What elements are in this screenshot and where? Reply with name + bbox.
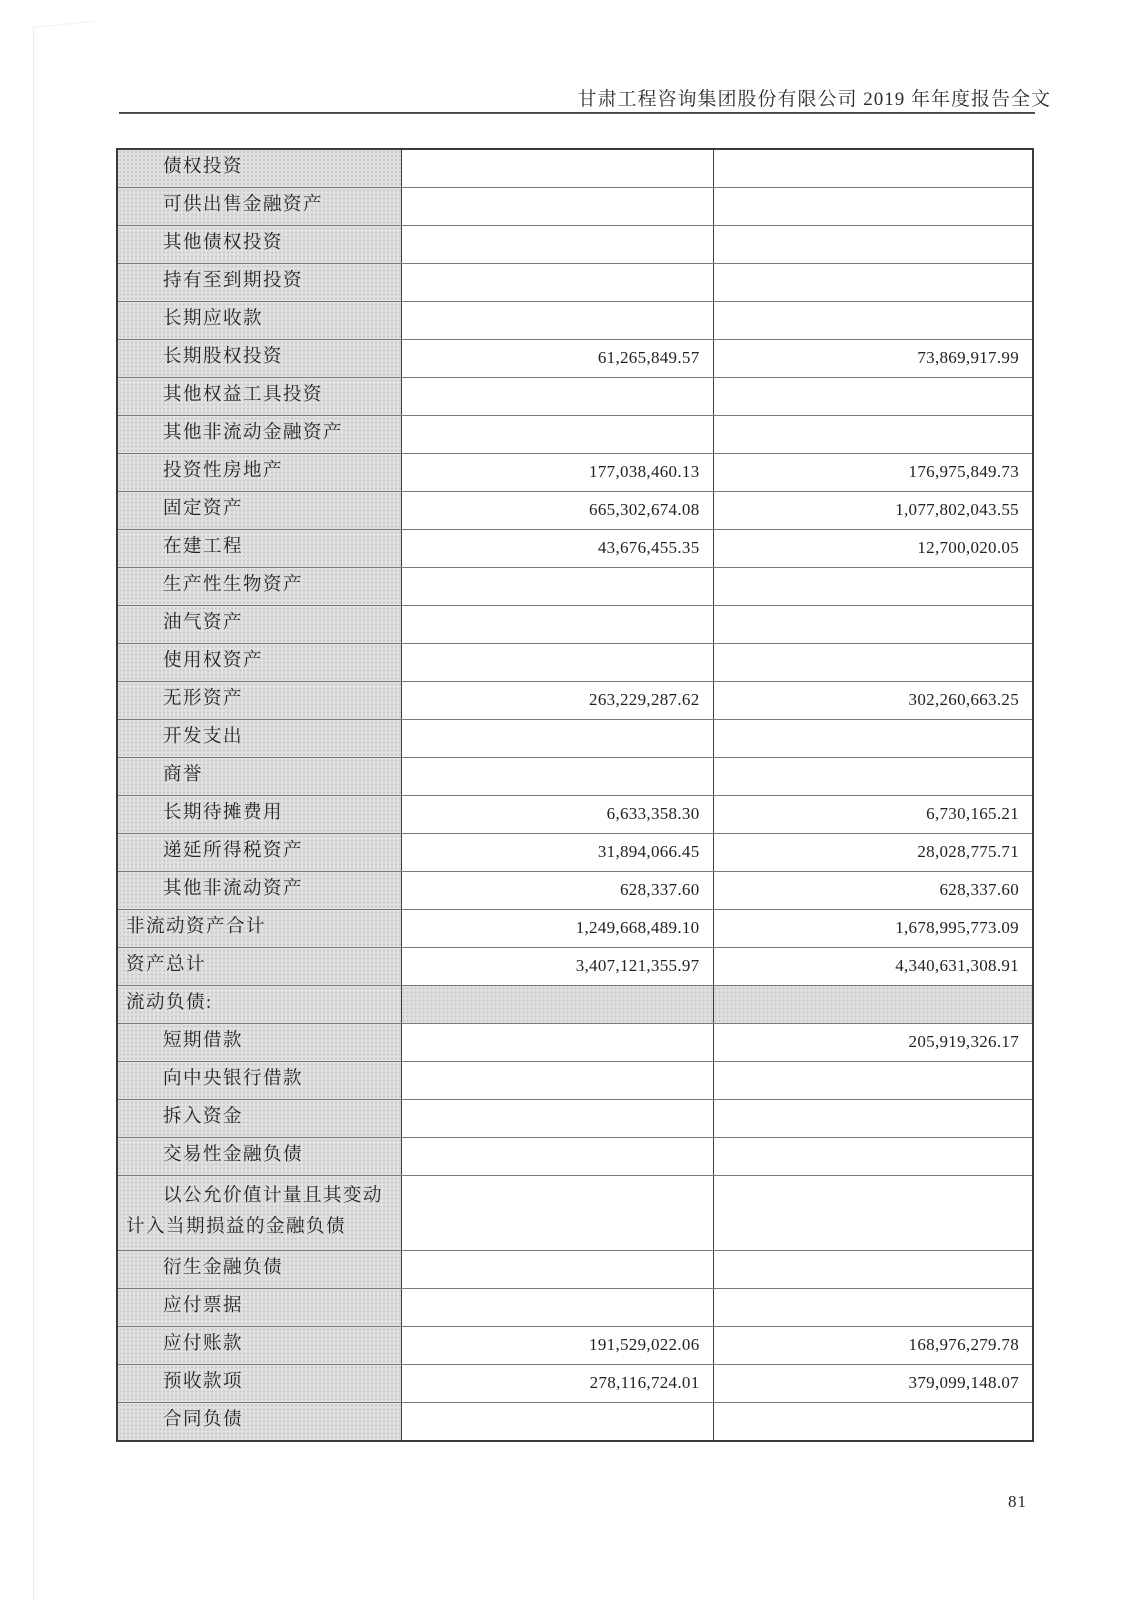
- row-value-current: [401, 188, 713, 226]
- row-value-prior: [713, 568, 1033, 606]
- row-value-current: 3,407,121,355.97: [401, 948, 713, 986]
- row-label: 长期股权投资: [117, 340, 401, 378]
- row-value-current: [401, 606, 713, 644]
- row-value-current: [401, 1403, 713, 1442]
- row-label: 长期待摊费用: [117, 796, 401, 834]
- row-value-prior: 12,700,020.05: [713, 530, 1033, 568]
- row-label: 其他债权投资: [117, 226, 401, 264]
- row-value-current: [401, 644, 713, 682]
- row-label: 其他权益工具投资: [117, 378, 401, 416]
- row-label: 应付票据: [117, 1289, 401, 1327]
- row-value-current: [401, 1138, 713, 1176]
- row-label: 应付账款: [117, 1327, 401, 1365]
- row-label: 流动负债:: [117, 986, 401, 1024]
- row-value-current: 177,038,460.13: [401, 454, 713, 492]
- row-value-prior: [713, 1403, 1033, 1442]
- row-label: 衍生金融负债: [117, 1251, 401, 1289]
- scan-page-edge: [33, 28, 34, 1600]
- table-row: 无形资产 263,229,287.62 302,260,663.25: [117, 682, 1033, 720]
- row-label: 非流动资产合计: [117, 910, 401, 948]
- table-row: 长期待摊费用 6,633,358.30 6,730,165.21: [117, 796, 1033, 834]
- row-value-current: [401, 1289, 713, 1327]
- row-value-current: 665,302,674.08: [401, 492, 713, 530]
- table-row: 使用权资产: [117, 644, 1033, 682]
- table-row: 持有至到期投资: [117, 264, 1033, 302]
- row-label: 长期应收款: [117, 302, 401, 340]
- row-value-prior: [713, 416, 1033, 454]
- row-value-prior: [713, 606, 1033, 644]
- row-value-prior: [713, 1251, 1033, 1289]
- row-value-prior: 168,976,279.78: [713, 1327, 1033, 1365]
- row-value-prior: [713, 1289, 1033, 1327]
- row-label: 其他非流动资产: [117, 872, 401, 910]
- row-value-prior: 205,919,326.17: [713, 1024, 1033, 1062]
- row-value-prior: 302,260,663.25: [713, 682, 1033, 720]
- row-value-current: [401, 1024, 713, 1062]
- row-label: 油气资产: [117, 606, 401, 644]
- row-value-prior: 176,975,849.73: [713, 454, 1033, 492]
- table-row: 应付票据: [117, 1289, 1033, 1327]
- row-value-current: [401, 302, 713, 340]
- row-value-current: [401, 1100, 713, 1138]
- row-label: 资产总计: [117, 948, 401, 986]
- row-label: 其他非流动金融资产: [117, 416, 401, 454]
- row-label: 以公允价值计量且其变动计入当期损益的金融负债: [117, 1176, 401, 1251]
- row-value-current: [401, 264, 713, 302]
- row-value-prior: [713, 758, 1033, 796]
- row-label: 拆入资金: [117, 1100, 401, 1138]
- table-row: 应付账款 191,529,022.06 168,976,279.78: [117, 1327, 1033, 1365]
- table-row: 长期应收款: [117, 302, 1033, 340]
- row-value-prior: [713, 1100, 1033, 1138]
- row-value-prior: 1,678,995,773.09: [713, 910, 1033, 948]
- row-value-prior: [713, 378, 1033, 416]
- row-label: 预收款项: [117, 1365, 401, 1403]
- row-value-prior: [713, 1176, 1033, 1251]
- row-value-current: [401, 226, 713, 264]
- row-label: 交易性金融负债: [117, 1138, 401, 1176]
- report-header-title: 甘肃工程咨询集团股份有限公司 2019 年年度报告全文: [577, 84, 1051, 111]
- row-value-prior: 628,337.60: [713, 872, 1033, 910]
- row-value-current: 278,116,724.01: [401, 1365, 713, 1403]
- table-row: 油气资产: [117, 606, 1033, 644]
- table-row: 流动负债:: [117, 986, 1033, 1024]
- row-value-prior: 4,340,631,308.91: [713, 948, 1033, 986]
- row-label: 合同负债: [117, 1403, 401, 1442]
- header-divider: [119, 112, 1035, 114]
- row-value-prior: 73,869,917.99: [713, 340, 1033, 378]
- table-row: 生产性生物资产: [117, 568, 1033, 606]
- row-value-prior: [713, 720, 1033, 758]
- row-label: 商誉: [117, 758, 401, 796]
- row-value-current: [401, 378, 713, 416]
- row-value-prior: [713, 188, 1033, 226]
- table-row: 合同负债: [117, 1403, 1033, 1442]
- row-label: 固定资产: [117, 492, 401, 530]
- row-label: 生产性生物资产: [117, 568, 401, 606]
- row-value-prior: [713, 149, 1033, 188]
- table-row: 交易性金融负债: [117, 1138, 1033, 1176]
- row-value-current: 628,337.60: [401, 872, 713, 910]
- row-value-current: [401, 1176, 713, 1251]
- table-row: 其他债权投资: [117, 226, 1033, 264]
- table-row: 长期股权投资 61,265,849.57 73,869,917.99: [117, 340, 1033, 378]
- row-label: 短期借款: [117, 1024, 401, 1062]
- row-value-current: 6,633,358.30: [401, 796, 713, 834]
- table-row: 在建工程 43,676,455.35 12,700,020.05: [117, 530, 1033, 568]
- row-value-current: 263,229,287.62: [401, 682, 713, 720]
- table-row: 递延所得税资产 31,894,066.45 28,028,775.71: [117, 834, 1033, 872]
- row-label: 投资性房地产: [117, 454, 401, 492]
- row-value-current: 191,529,022.06: [401, 1327, 713, 1365]
- row-label: 可供出售金融资产: [117, 188, 401, 226]
- table-row: 短期借款 205,919,326.17: [117, 1024, 1033, 1062]
- row-value-prior: [713, 1062, 1033, 1100]
- table-row: 投资性房地产 177,038,460.13 176,975,849.73: [117, 454, 1033, 492]
- row-value-prior: 379,099,148.07: [713, 1365, 1033, 1403]
- table-row: 以公允价值计量且其变动计入当期损益的金融负债: [117, 1176, 1033, 1251]
- row-value-current: [401, 986, 713, 1024]
- table-row: 向中央银行借款: [117, 1062, 1033, 1100]
- row-value-prior: [713, 302, 1033, 340]
- row-value-current: 31,894,066.45: [401, 834, 713, 872]
- table-row: 资产总计 3,407,121,355.97 4,340,631,308.91: [117, 948, 1033, 986]
- row-value-current: [401, 149, 713, 188]
- row-value-current: [401, 720, 713, 758]
- table-row: 商誉: [117, 758, 1033, 796]
- row-value-current: [401, 758, 713, 796]
- row-value-prior: 28,028,775.71: [713, 834, 1033, 872]
- row-value-prior: 1,077,802,043.55: [713, 492, 1033, 530]
- row-value-prior: [713, 644, 1033, 682]
- row-value-prior: [713, 264, 1033, 302]
- row-value-prior: [713, 226, 1033, 264]
- table-row: 其他非流动资产 628,337.60 628,337.60: [117, 872, 1033, 910]
- row-value-prior: 6,730,165.21: [713, 796, 1033, 834]
- table-row: 固定资产 665,302,674.08 1,077,802,043.55: [117, 492, 1033, 530]
- row-value-current: [401, 568, 713, 606]
- table-row: 债权投资: [117, 149, 1033, 188]
- row-label: 债权投资: [117, 149, 401, 188]
- row-value-prior: [713, 986, 1033, 1024]
- row-label: 在建工程: [117, 530, 401, 568]
- table-row: 可供出售金融资产: [117, 188, 1033, 226]
- row-value-current: [401, 416, 713, 454]
- scan-page-edge-top: [34, 21, 94, 28]
- row-value-current: 43,676,455.35: [401, 530, 713, 568]
- table-row: 拆入资金: [117, 1100, 1033, 1138]
- table-row: 衍生金融负债: [117, 1251, 1033, 1289]
- table-row: 非流动资产合计 1,249,668,489.10 1,678,995,773.0…: [117, 910, 1033, 948]
- table-row: 其他权益工具投资: [117, 378, 1033, 416]
- row-label: 使用权资产: [117, 644, 401, 682]
- row-label: 持有至到期投资: [117, 264, 401, 302]
- row-value-current: 1,249,668,489.10: [401, 910, 713, 948]
- table-row: 预收款项 278,116,724.01 379,099,148.07: [117, 1365, 1033, 1403]
- row-value-current: [401, 1062, 713, 1100]
- row-label: 开发支出: [117, 720, 401, 758]
- table-row: 其他非流动金融资产: [117, 416, 1033, 454]
- balance-sheet-table: 债权投资 可供出售金融资产 其他债权投资 持有至到期投资 长期应收款 长期股权投…: [116, 148, 1034, 1442]
- row-value-current: [401, 1251, 713, 1289]
- row-label: 无形资产: [117, 682, 401, 720]
- page-number: 81: [1008, 1492, 1027, 1512]
- row-label: 向中央银行借款: [117, 1062, 401, 1100]
- row-value-prior: [713, 1138, 1033, 1176]
- row-label: 递延所得税资产: [117, 834, 401, 872]
- row-value-current: 61,265,849.57: [401, 340, 713, 378]
- table-row: 开发支出: [117, 720, 1033, 758]
